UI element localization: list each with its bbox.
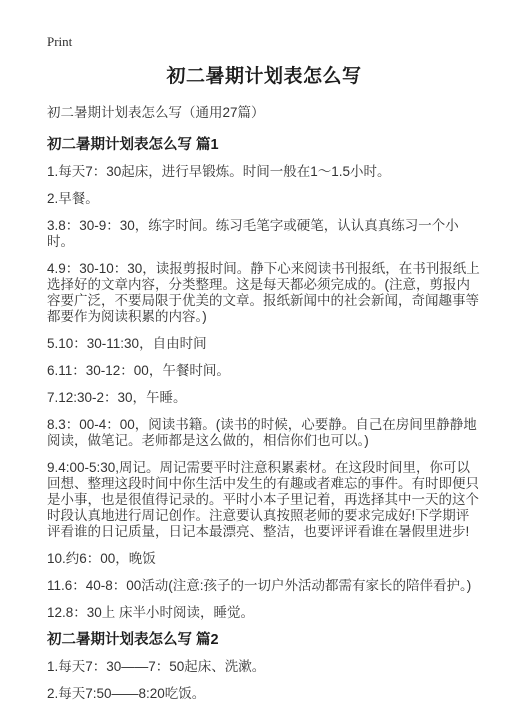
paragraph: 9.4:00-5:30,周记。周记需要平时注意积累素材。在这段时间里，你可以回想… — [47, 460, 481, 540]
paragraph: 2.每天7:50——8:20吃饭。 — [47, 686, 481, 702]
section-2-heading: 初二暑期计划表怎么写 篇2 — [47, 632, 481, 648]
paragraph: 4.9：30-10：30，读报剪报时间。静下心来阅读书刊报纸，在书刊报纸上选择好… — [47, 261, 481, 325]
paragraph: 7.12:30-2：30，午睡。 — [47, 390, 481, 406]
section-1-heading: 初二暑期计划表怎么写 篇1 — [47, 137, 481, 153]
paragraph: 10.约6：00，晚饭 — [47, 551, 481, 567]
print-link[interactable]: Print — [47, 35, 72, 49]
paragraph: 11.6：40-8：00活动(注意:孩子的一切户外活动都需有家长的陪伴看护。) — [47, 578, 481, 594]
page-title: 初二暑期计划表怎么写 — [47, 66, 481, 88]
paragraph: 5.10：30-11:30，自由时间 — [47, 336, 481, 352]
subtitle: 初二暑期计划表怎么写（通用27篇） — [47, 105, 481, 120]
paragraph: 6.11：30-12：00，午餐时间。 — [47, 363, 481, 379]
paragraph: 8.3：00-4：00，阅读书籍。(读书的时候，心要静。自己在房间里静静地阅读，… — [47, 417, 481, 449]
paragraph: 12.8：30上 床半小时阅读，睡觉。 — [47, 605, 481, 621]
paragraph: 1.每天7：30——7：50起床、洗漱。 — [47, 659, 481, 675]
paragraph: 1.每天7：30起床，进行早锻炼。时间一般在1～1.5小时。 — [47, 164, 481, 180]
document-page: Print 初二暑期计划表怎么写 初二暑期计划表怎么写（通用27篇） 初二暑期计… — [0, 0, 520, 718]
paragraph: 2.早餐。 — [47, 191, 481, 207]
paragraph: 3.8：30-9：30，练字时间。练习毛笔字或硬笔，认认真真练习一个小时。 — [47, 218, 481, 250]
